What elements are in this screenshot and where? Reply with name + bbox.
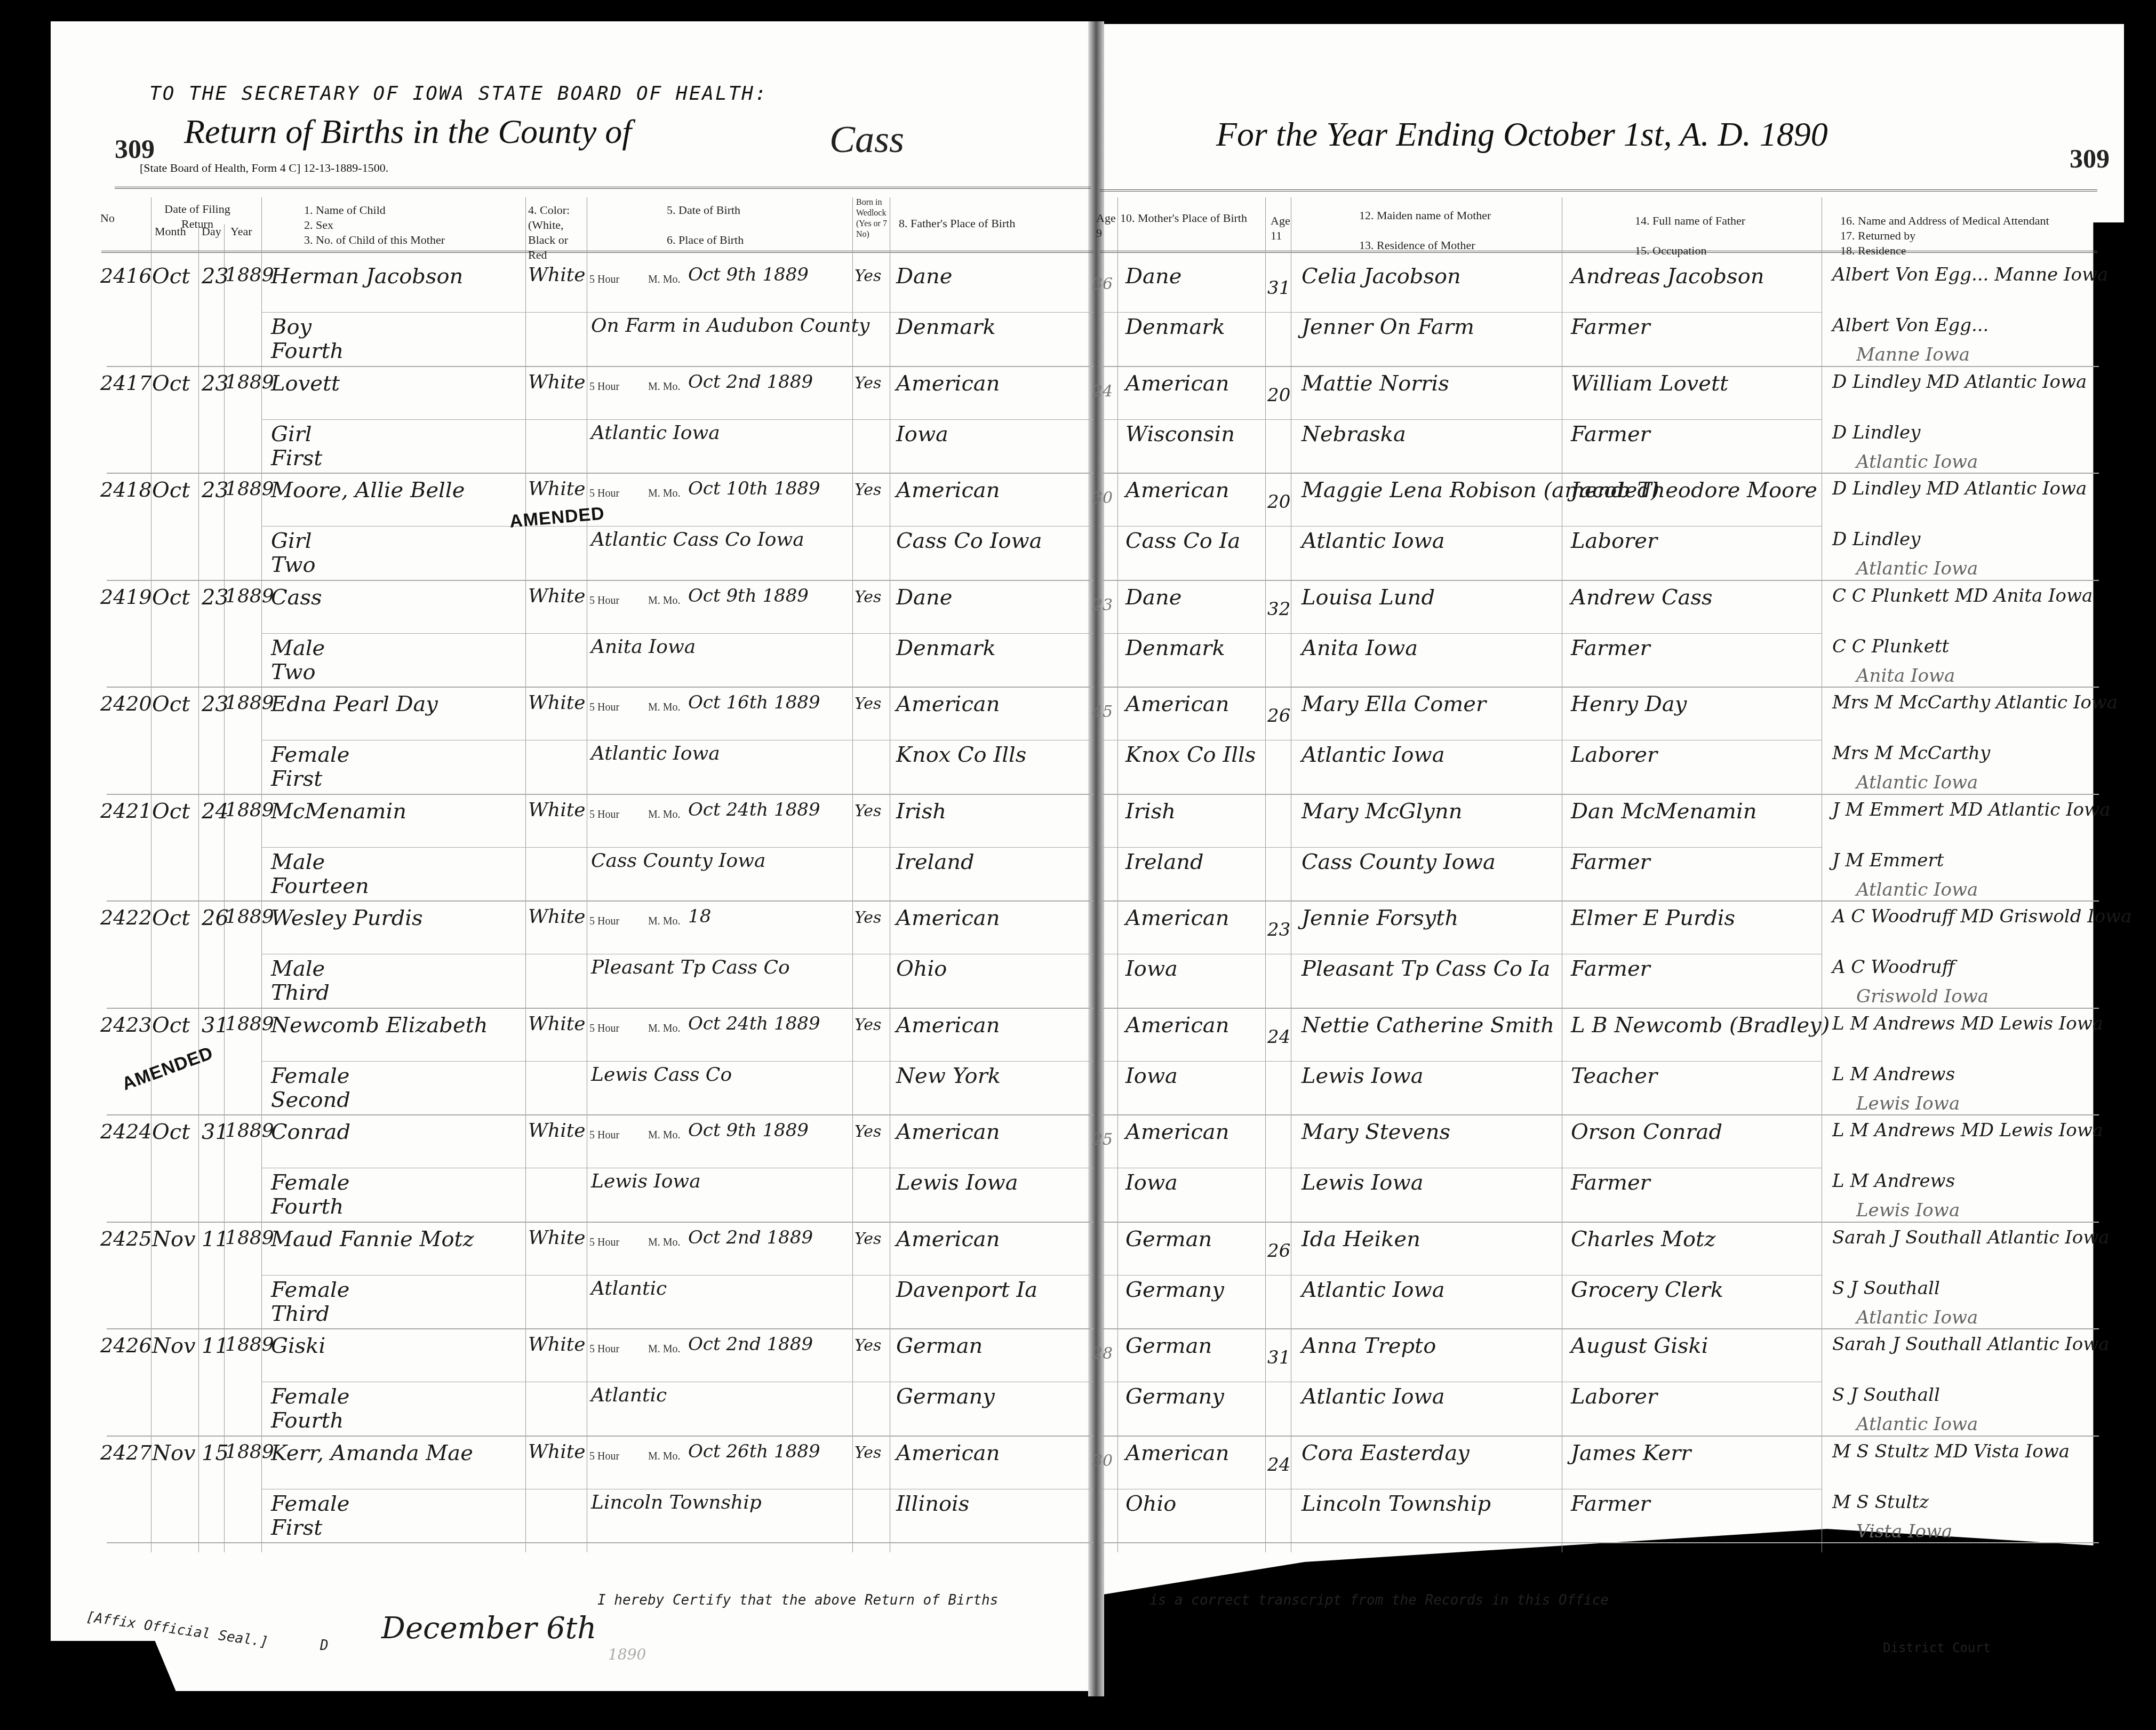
mother-birthplace-detail: Denmark: [1125, 636, 1225, 660]
father-birthplace-detail: Illinois: [896, 1492, 969, 1516]
father-birthplace-detail: Ohio: [896, 956, 947, 981]
mother-age: 20: [1267, 491, 1290, 513]
wedlock: Yes: [855, 1444, 881, 1462]
row-divider: [107, 1008, 1093, 1009]
birth-place: Cass County Iowa: [591, 850, 765, 872]
returned-by: M S Stultz: [1832, 1492, 1929, 1513]
mother-birthplace-detail: Denmark: [1125, 315, 1225, 339]
col-month: Month: [155, 224, 186, 239]
father-birthplace-detail: Iowa: [896, 422, 948, 447]
child-sex: Female: [271, 1278, 349, 1302]
birth-date: Oct 16th 1889: [688, 692, 820, 713]
filing-month: Nov: [152, 1227, 196, 1251]
mother-birthplace: American: [1125, 1441, 1229, 1465]
medical-attendant: J M Emmert MD Atlantic Iowa: [1832, 799, 2110, 820]
child-name: Wesley Purdis: [271, 906, 423, 930]
child-order: Third: [271, 1302, 330, 1326]
medical-attendant: D Lindley MD Atlantic Iowa: [1832, 478, 2087, 499]
mother-residence: Pleasant Tp Cass Co Ia: [1301, 956, 1550, 981]
returned-by: L M Andrews: [1832, 1170, 1955, 1192]
child-sex: Female: [271, 1064, 349, 1088]
month-label: M. Mo.: [648, 701, 681, 714]
father-birthplace-detail: Germany: [896, 1384, 995, 1409]
record-number: 2419: [100, 585, 152, 609]
row-divider: [107, 1436, 1093, 1437]
row-divider: [1101, 794, 2099, 795]
district-court-label: District Court: [1883, 1640, 1991, 1655]
child-order: Fourteen: [271, 874, 369, 898]
row-subdivider: [261, 1382, 1093, 1382]
medical-attendant: Mrs M McCarthy Atlantic Iowa: [1832, 692, 2118, 713]
mother-maiden-name: Louisa Lund: [1301, 585, 1435, 610]
returned-by: L M Andrews: [1832, 1064, 1955, 1085]
record-number: 2421: [100, 799, 152, 823]
row-divider: [107, 794, 1093, 795]
row-divider: [107, 1328, 1093, 1329]
returned-by: D Lindley: [1832, 422, 1920, 443]
birth-date: Oct 2nd 1889: [688, 371, 813, 393]
birth-place: Atlantic Iowa: [591, 743, 720, 764]
row-divider: [107, 1114, 1093, 1115]
row-subdivider: [261, 1061, 1093, 1062]
attendant-residence: Griswold Iowa: [1856, 986, 1989, 1007]
wedlock: Yes: [855, 802, 881, 820]
wedlock: Yes: [855, 374, 881, 393]
mother-age: 31: [1267, 1347, 1290, 1368]
hour-label: 5 Hour: [589, 915, 619, 928]
rule: [1822, 197, 1822, 1552]
father-name: Andreas Jacobson: [1571, 264, 1764, 289]
filing-month: Oct: [152, 478, 190, 503]
month-label: M. Mo.: [648, 488, 681, 500]
filing-year: 1889: [225, 1013, 274, 1035]
row-divider: [107, 580, 1093, 581]
mother-residence: Anita Iowa: [1301, 636, 1418, 660]
father-occupation: Farmer: [1571, 1492, 1650, 1516]
record-number: 2424: [100, 1120, 152, 1143]
father-birthplace-detail: New York: [896, 1064, 1001, 1088]
row-subdivider: [1101, 419, 1822, 420]
month-label: M. Mo.: [648, 595, 681, 607]
father-birthplace: American: [896, 906, 1000, 930]
row-divider: [1101, 1542, 2099, 1543]
father-occupation: Laborer: [1571, 529, 1657, 553]
row-divider: [1101, 1008, 2099, 1009]
row-subdivider: [1101, 847, 1822, 848]
month-label: M. Mo.: [648, 1023, 681, 1035]
row-subdivider: [261, 633, 1093, 634]
father-name: L B Newcomb (Bradley): [1571, 1013, 1830, 1038]
mother-residence: Atlantic Iowa: [1301, 1384, 1445, 1409]
birth-place: Lewis Iowa: [591, 1170, 701, 1192]
title-right: For the Year Ending October 1st, A. D. 1…: [1216, 115, 1828, 154]
birth-place: Atlantic: [591, 1278, 667, 1300]
wedlock: Yes: [855, 695, 881, 713]
colhead-rule-left: [101, 251, 1093, 253]
child-name: Edna Pearl Day: [271, 692, 438, 716]
row-divider: [1101, 580, 2099, 581]
mother-birthplace: American: [1125, 906, 1229, 930]
father-birthplace: American: [896, 1013, 1000, 1038]
row-subdivider: [261, 1275, 1093, 1275]
mother-birthplace-detail: Iowa: [1125, 1170, 1178, 1195]
col-mother-pob: 10. Mother's Place of Birth: [1120, 211, 1247, 226]
child-order: Second: [271, 1088, 350, 1112]
color: White: [528, 1013, 585, 1035]
child-name: Giski: [271, 1334, 325, 1358]
addressee: TO THE SECRETARY OF IOWA STATE BOARD OF …: [149, 83, 768, 105]
returned-by: D Lindley: [1832, 529, 1920, 550]
wedlock: Yes: [855, 1230, 881, 1248]
row-divider: [107, 1542, 1093, 1543]
book-gutter: [1088, 21, 1104, 1696]
father-name: Henry Day: [1571, 692, 1687, 716]
row-divider: [1101, 473, 2099, 474]
father-occupation: Farmer: [1571, 422, 1650, 447]
hour-label: 5 Hour: [589, 1023, 619, 1035]
record-number: 2423: [100, 1013, 152, 1037]
mother-birthplace: Dane: [1125, 264, 1181, 289]
father-age: 23: [1092, 596, 1113, 615]
father-occupation: Farmer: [1571, 315, 1650, 339]
row-subdivider: [261, 954, 1093, 954]
birth-date: Oct 2nd 1889: [688, 1334, 813, 1355]
color: White: [528, 371, 585, 393]
month-label: M. Mo.: [648, 1343, 681, 1356]
mother-birthplace-detail: Wisconsin: [1125, 422, 1235, 447]
record-number: 2427: [100, 1441, 152, 1464]
page-number-left: 309: [115, 133, 155, 164]
wedlock: Yes: [855, 1336, 881, 1355]
child-sex: Male: [271, 956, 325, 981]
father-age: 25: [1092, 1130, 1113, 1149]
father-birthplace: American: [896, 478, 1000, 503]
filing-year: 1889: [225, 371, 274, 393]
child-sex: Girl: [271, 422, 312, 447]
medical-attendant: Albert Von Egg... Manne Iowa: [1832, 264, 2108, 285]
row-subdivider: [261, 526, 1093, 527]
filing-year: 1889: [225, 478, 274, 500]
birth-place: Atlantic Iowa: [591, 422, 720, 444]
form-id: [State Board of Health, Form 4 C] 12-13-…: [140, 161, 388, 175]
filing-year: 1889: [225, 585, 274, 607]
father-occupation: Farmer: [1571, 636, 1650, 660]
rule: [1562, 197, 1562, 1552]
birth-place: Atlantic Cass Co Iowa: [591, 529, 804, 551]
certify-line-1: I hereby Certify that the above Return o…: [597, 1592, 998, 1608]
child-sex: Female: [271, 1384, 349, 1409]
child-sex: Girl: [271, 529, 312, 553]
filing-year: 1889: [225, 1334, 274, 1356]
father-birthplace-detail: Cass Co Iowa: [896, 529, 1042, 553]
father-birthplace: Dane: [896, 264, 952, 289]
child-order: Two: [271, 660, 316, 684]
mother-age: 26: [1267, 705, 1290, 727]
record-number: 2418: [100, 478, 152, 501]
attendant-residence: Atlantic Iowa: [1856, 772, 1978, 793]
father-birthplace-detail: Knox Co Ills: [896, 743, 1026, 767]
child-order: Third: [271, 980, 330, 1005]
color: White: [528, 799, 585, 821]
mother-birthplace: American: [1125, 1013, 1229, 1038]
attendant-residence: Lewis Iowa: [1856, 1200, 1960, 1221]
mother-residence: Nebraska: [1301, 422, 1406, 447]
rule: [890, 197, 890, 1552]
filing-month: Oct: [152, 799, 190, 824]
mother-maiden-name: Jennie Forsyth: [1301, 906, 1458, 930]
row-subdivider: [1101, 1489, 1822, 1489]
wedlock: Yes: [855, 481, 881, 499]
row-divider: [1101, 1328, 2099, 1329]
child-name: Lovett: [271, 371, 340, 396]
mother-maiden-name: Celia Jacobson: [1301, 264, 1461, 289]
father-name: Charles Motz: [1571, 1227, 1715, 1251]
certify-line-2: is a correct transcript from the Records…: [1149, 1592, 1609, 1608]
color: White: [528, 906, 585, 928]
mother-age: 32: [1267, 599, 1290, 620]
row-subdivider: [1101, 1382, 1822, 1382]
birth-place: On Farm in Audubon County: [591, 315, 869, 337]
child-sex: Male: [271, 850, 325, 874]
mother-maiden-name: Mary McGlynn: [1301, 799, 1462, 824]
father-name: William Lovett: [1571, 371, 1728, 396]
mother-maiden-name: Anna Trepto: [1301, 1334, 1436, 1358]
record-number: 2417: [100, 371, 152, 395]
father-age: 36: [1092, 275, 1113, 293]
returned-by: S J Southall: [1832, 1384, 1940, 1406]
rule: [525, 197, 526, 1552]
col-year: Year: [230, 224, 252, 239]
row-divider: [107, 900, 1093, 902]
father-birthplace: American: [896, 1227, 1000, 1251]
hour-label: 5 Hour: [589, 1450, 619, 1463]
father-age: 28: [1092, 1344, 1113, 1363]
child-name: Cass: [271, 585, 322, 610]
mother-age: 20: [1267, 385, 1290, 406]
month-label: M. Mo.: [648, 809, 681, 821]
mother-age: 24: [1267, 1454, 1290, 1476]
mother-age: 26: [1267, 1240, 1290, 1262]
month-label: M. Mo.: [648, 381, 681, 393]
child-name: Herman Jacobson: [271, 264, 463, 289]
child-order: First: [271, 1516, 322, 1540]
month-label: M. Mo.: [648, 274, 681, 286]
hour-label: 5 Hour: [589, 1129, 619, 1142]
filing-year: 1889: [225, 799, 274, 821]
medical-attendant: C C Plunkett MD Anita Iowa: [1832, 585, 2093, 607]
child-order: First: [271, 767, 322, 791]
father-age: 24: [1092, 382, 1113, 401]
filing-month: Oct: [152, 371, 190, 396]
child-name: Newcomb Elizabeth: [271, 1013, 488, 1038]
father-occupation: Farmer: [1571, 956, 1650, 981]
mother-birthplace-detail: Germany: [1125, 1278, 1224, 1302]
attendant-residence: Atlantic Iowa: [1856, 451, 1978, 473]
father-occupation: Laborer: [1571, 1384, 1657, 1409]
row-divider: [1101, 366, 2099, 367]
hour-label: 5 Hour: [589, 1343, 619, 1356]
father-name: Orson Conrad: [1571, 1120, 1722, 1144]
wedlock: Yes: [855, 267, 881, 285]
mother-birthplace-detail: Ireland: [1125, 850, 1204, 874]
record-number: 2416: [100, 264, 152, 288]
page-number-right: 309: [2070, 143, 2110, 174]
father-occupation: Farmer: [1571, 1170, 1650, 1195]
color: White: [528, 478, 585, 500]
returned-by: S J Southall: [1832, 1278, 1940, 1299]
filing-year: 1889: [225, 1441, 274, 1463]
row-subdivider: [261, 312, 1093, 313]
wedlock: Yes: [855, 908, 881, 927]
child-name: Moore, Allie Belle: [271, 478, 465, 503]
father-birthplace: American: [896, 692, 1000, 716]
hour-label: 5 Hour: [589, 595, 619, 607]
birth-date: Oct 24th 1889: [688, 799, 820, 820]
filing-month: Oct: [152, 692, 190, 716]
mother-birthplace: American: [1125, 371, 1229, 396]
col-attendant: 16. Name and Address of Medical Attendan…: [1840, 213, 2049, 258]
attendant-residence: Lewis Iowa: [1856, 1093, 1960, 1114]
row-subdivider: [1101, 312, 1822, 313]
mother-birthplace: Irish: [1125, 799, 1176, 824]
child-sex: Male: [271, 636, 325, 660]
mother-residence: Atlantic Iowa: [1301, 1278, 1445, 1302]
medical-attendant: L M Andrews MD Lewis Iowa: [1832, 1013, 2103, 1034]
row-subdivider: [1101, 954, 1822, 954]
filing-month: Oct: [152, 1120, 190, 1144]
father-birthplace-detail: Ireland: [896, 850, 975, 874]
record-number: 2426: [100, 1334, 152, 1357]
col-mother: 12. Maiden name of Mother 13. Residence …: [1359, 208, 1491, 253]
father-birthplace: Irish: [896, 799, 946, 824]
row-subdivider: [261, 1489, 1093, 1489]
medical-attendant: L M Andrews MD Lewis Iowa: [1832, 1120, 2103, 1141]
color: White: [528, 1227, 585, 1249]
attendant-residence: Atlantic Iowa: [1856, 558, 1978, 579]
mother-birthplace: American: [1125, 478, 1229, 503]
row-subdivider: [1101, 740, 1822, 740]
hour-label: 5 Hour: [589, 488, 619, 500]
father-age: 45: [1092, 703, 1113, 721]
father-name: Andrew Cass: [1571, 585, 1713, 610]
color: White: [528, 585, 585, 607]
returned-by: Mrs M McCarthy: [1832, 743, 1990, 764]
father-birthplace: Dane: [896, 585, 952, 610]
row-divider: [1101, 1436, 2099, 1437]
birth-date: Oct 9th 1889: [688, 585, 809, 607]
attendant-residence: Anita Iowa: [1856, 665, 1955, 687]
father-name: Dan McMenamin: [1571, 799, 1756, 824]
row-subdivider: [1101, 1061, 1822, 1062]
child-order: Fourth: [271, 1408, 344, 1433]
mother-birthplace: German: [1125, 1227, 1212, 1251]
father-birthplace-detail: Denmark: [896, 315, 996, 339]
child-order: Fourth: [271, 339, 344, 363]
mother-maiden-name: Mary Stevens: [1301, 1120, 1450, 1144]
birth-place: Pleasant Tp Cass Co: [591, 956, 790, 978]
father-name: August Giski: [1571, 1334, 1708, 1358]
mother-maiden-name: Cora Easterday: [1301, 1441, 1470, 1465]
father-occupation: Grocery Clerk: [1571, 1278, 1723, 1302]
father-birthplace: American: [896, 371, 1000, 396]
month-label: M. Mo.: [648, 1237, 681, 1249]
hour-label: 5 Hour: [589, 381, 619, 393]
row-divider: [1101, 1222, 2099, 1223]
col-father: 14. Full name of Father 15. Occupation: [1635, 213, 1745, 258]
mother-birthplace: Dane: [1125, 585, 1181, 610]
col-no: No: [100, 211, 115, 226]
child-sex: Female: [271, 743, 349, 767]
rule: [1265, 197, 1266, 1552]
row-subdivider: [261, 740, 1093, 740]
birth-date: Oct 2nd 1889: [688, 1227, 813, 1248]
color: White: [528, 1120, 585, 1142]
father-name: Elmer E Purdis: [1571, 906, 1735, 930]
father-age: 30: [1092, 1452, 1113, 1470]
father-birthplace-detail: Lewis Iowa: [896, 1170, 1018, 1195]
mother-birthplace-detail: Germany: [1125, 1384, 1224, 1409]
returned-by: A C Woodruff: [1832, 956, 1955, 978]
date-prefix: D: [320, 1638, 329, 1654]
rule: [1291, 197, 1291, 1552]
mother-birthplace-detail: Iowa: [1125, 956, 1178, 981]
hour-label: 5 Hour: [589, 701, 619, 714]
cert-date: December 6th: [381, 1611, 596, 1646]
medical-attendant: Sarah J Southall Atlantic Iowa: [1832, 1334, 2110, 1355]
father-birthplace-detail: Davenport Ia: [896, 1278, 1037, 1302]
child-name: Kerr, Amanda Mae: [271, 1441, 473, 1465]
row-divider: [1101, 687, 2099, 688]
mother-residence: Jenner On Farm: [1301, 315, 1474, 339]
attendant-residence: Atlantic Iowa: [1856, 879, 1978, 900]
record-number: 2425: [100, 1227, 152, 1250]
father-name: Jacob Theodore Moore: [1571, 478, 1817, 503]
birth-date: Oct 26th 1889: [688, 1441, 820, 1462]
hour-label: 5 Hour: [589, 274, 619, 286]
mother-maiden-name: Ida Heiken: [1301, 1227, 1420, 1251]
mother-birthplace-detail: Iowa: [1125, 1064, 1178, 1088]
birth-date: Oct 9th 1889: [688, 1120, 809, 1141]
father-birthplace: American: [896, 1120, 1000, 1144]
birth-place: Anita Iowa: [591, 636, 696, 658]
month-label: M. Mo.: [648, 1129, 681, 1142]
filing-year: 1889: [225, 264, 274, 286]
birth-place: Lewis Cass Co: [591, 1064, 732, 1086]
row-subdivider: [261, 419, 1093, 420]
child-name: Maud Fannie Motz: [271, 1227, 474, 1251]
filing-year: 1889: [225, 1227, 274, 1249]
medical-attendant: A C Woodruff MD Griswold Iowa: [1832, 906, 2131, 927]
medical-attendant: Sarah J Southall Atlantic Iowa: [1832, 1227, 2110, 1248]
child-order: Fourth: [271, 1194, 344, 1219]
col-day: Day: [202, 224, 221, 239]
col-father-pob: 8. Father's Place of Birth: [899, 216, 1015, 231]
attendant-residence: Manne Iowa: [1856, 344, 1970, 365]
father-occupation: Teacher: [1571, 1064, 1657, 1088]
mother-birthplace: German: [1125, 1334, 1212, 1358]
father-birthplace: German: [896, 1334, 983, 1358]
mother-birthplace-detail: Knox Co Ills: [1125, 743, 1256, 767]
filing-month: Nov: [152, 1441, 196, 1465]
filing-year: 1889: [225, 692, 274, 714]
father-occupation: Farmer: [1571, 850, 1650, 874]
father-birthplace: American: [896, 1441, 1000, 1465]
returned-by: C C Plunkett: [1832, 636, 1949, 657]
child-name: Conrad: [271, 1120, 350, 1144]
mother-birthplace: American: [1125, 1120, 1229, 1144]
mother-maiden-name: Mary Ella Comer: [1301, 692, 1486, 716]
child-sex: Female: [271, 1492, 349, 1516]
